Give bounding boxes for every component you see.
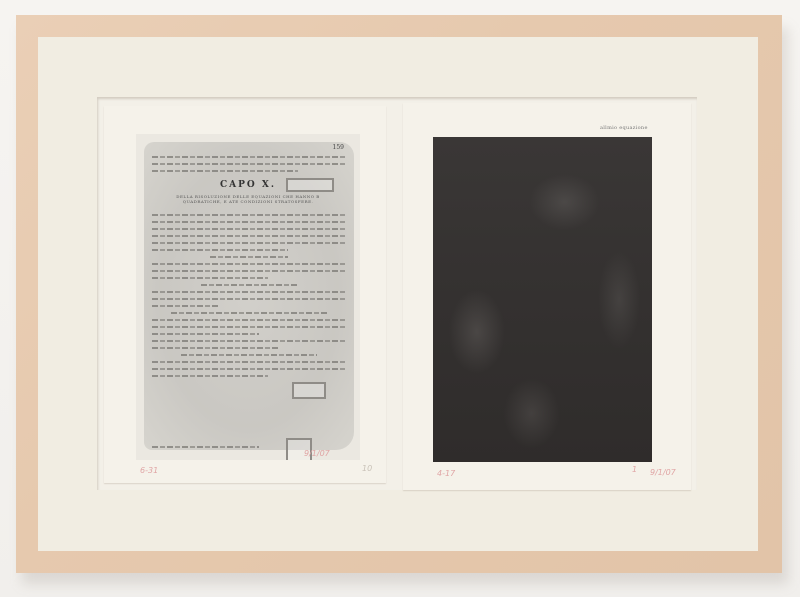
pencil-date-right: 9/1/07 — [650, 468, 676, 477]
right-caption: allmio equazione — [600, 125, 648, 131]
text-block-body — [152, 214, 346, 382]
dark-ink-wash — [433, 137, 652, 462]
pencil-number-right: 4-17 — [437, 469, 455, 478]
erased-box — [286, 178, 334, 192]
pencil-date-left: 9/1/07 — [304, 449, 330, 458]
erased-box — [292, 382, 326, 399]
left-printed-page: 159 CAPO X. DELLA RISOLUZIONE DELLE EQUA… — [136, 134, 360, 460]
text-block-top — [152, 156, 346, 177]
pencil-number-left: 6-31 — [140, 466, 158, 475]
chapter-subheading: DELLA RISOLUZIONE DELLE EQUAZIONI CHE HA… — [156, 194, 340, 204]
pencil-page-left: 10 — [362, 464, 372, 473]
pencil-mark-right: 1 — [632, 465, 637, 474]
page-number: 159 — [333, 144, 344, 151]
